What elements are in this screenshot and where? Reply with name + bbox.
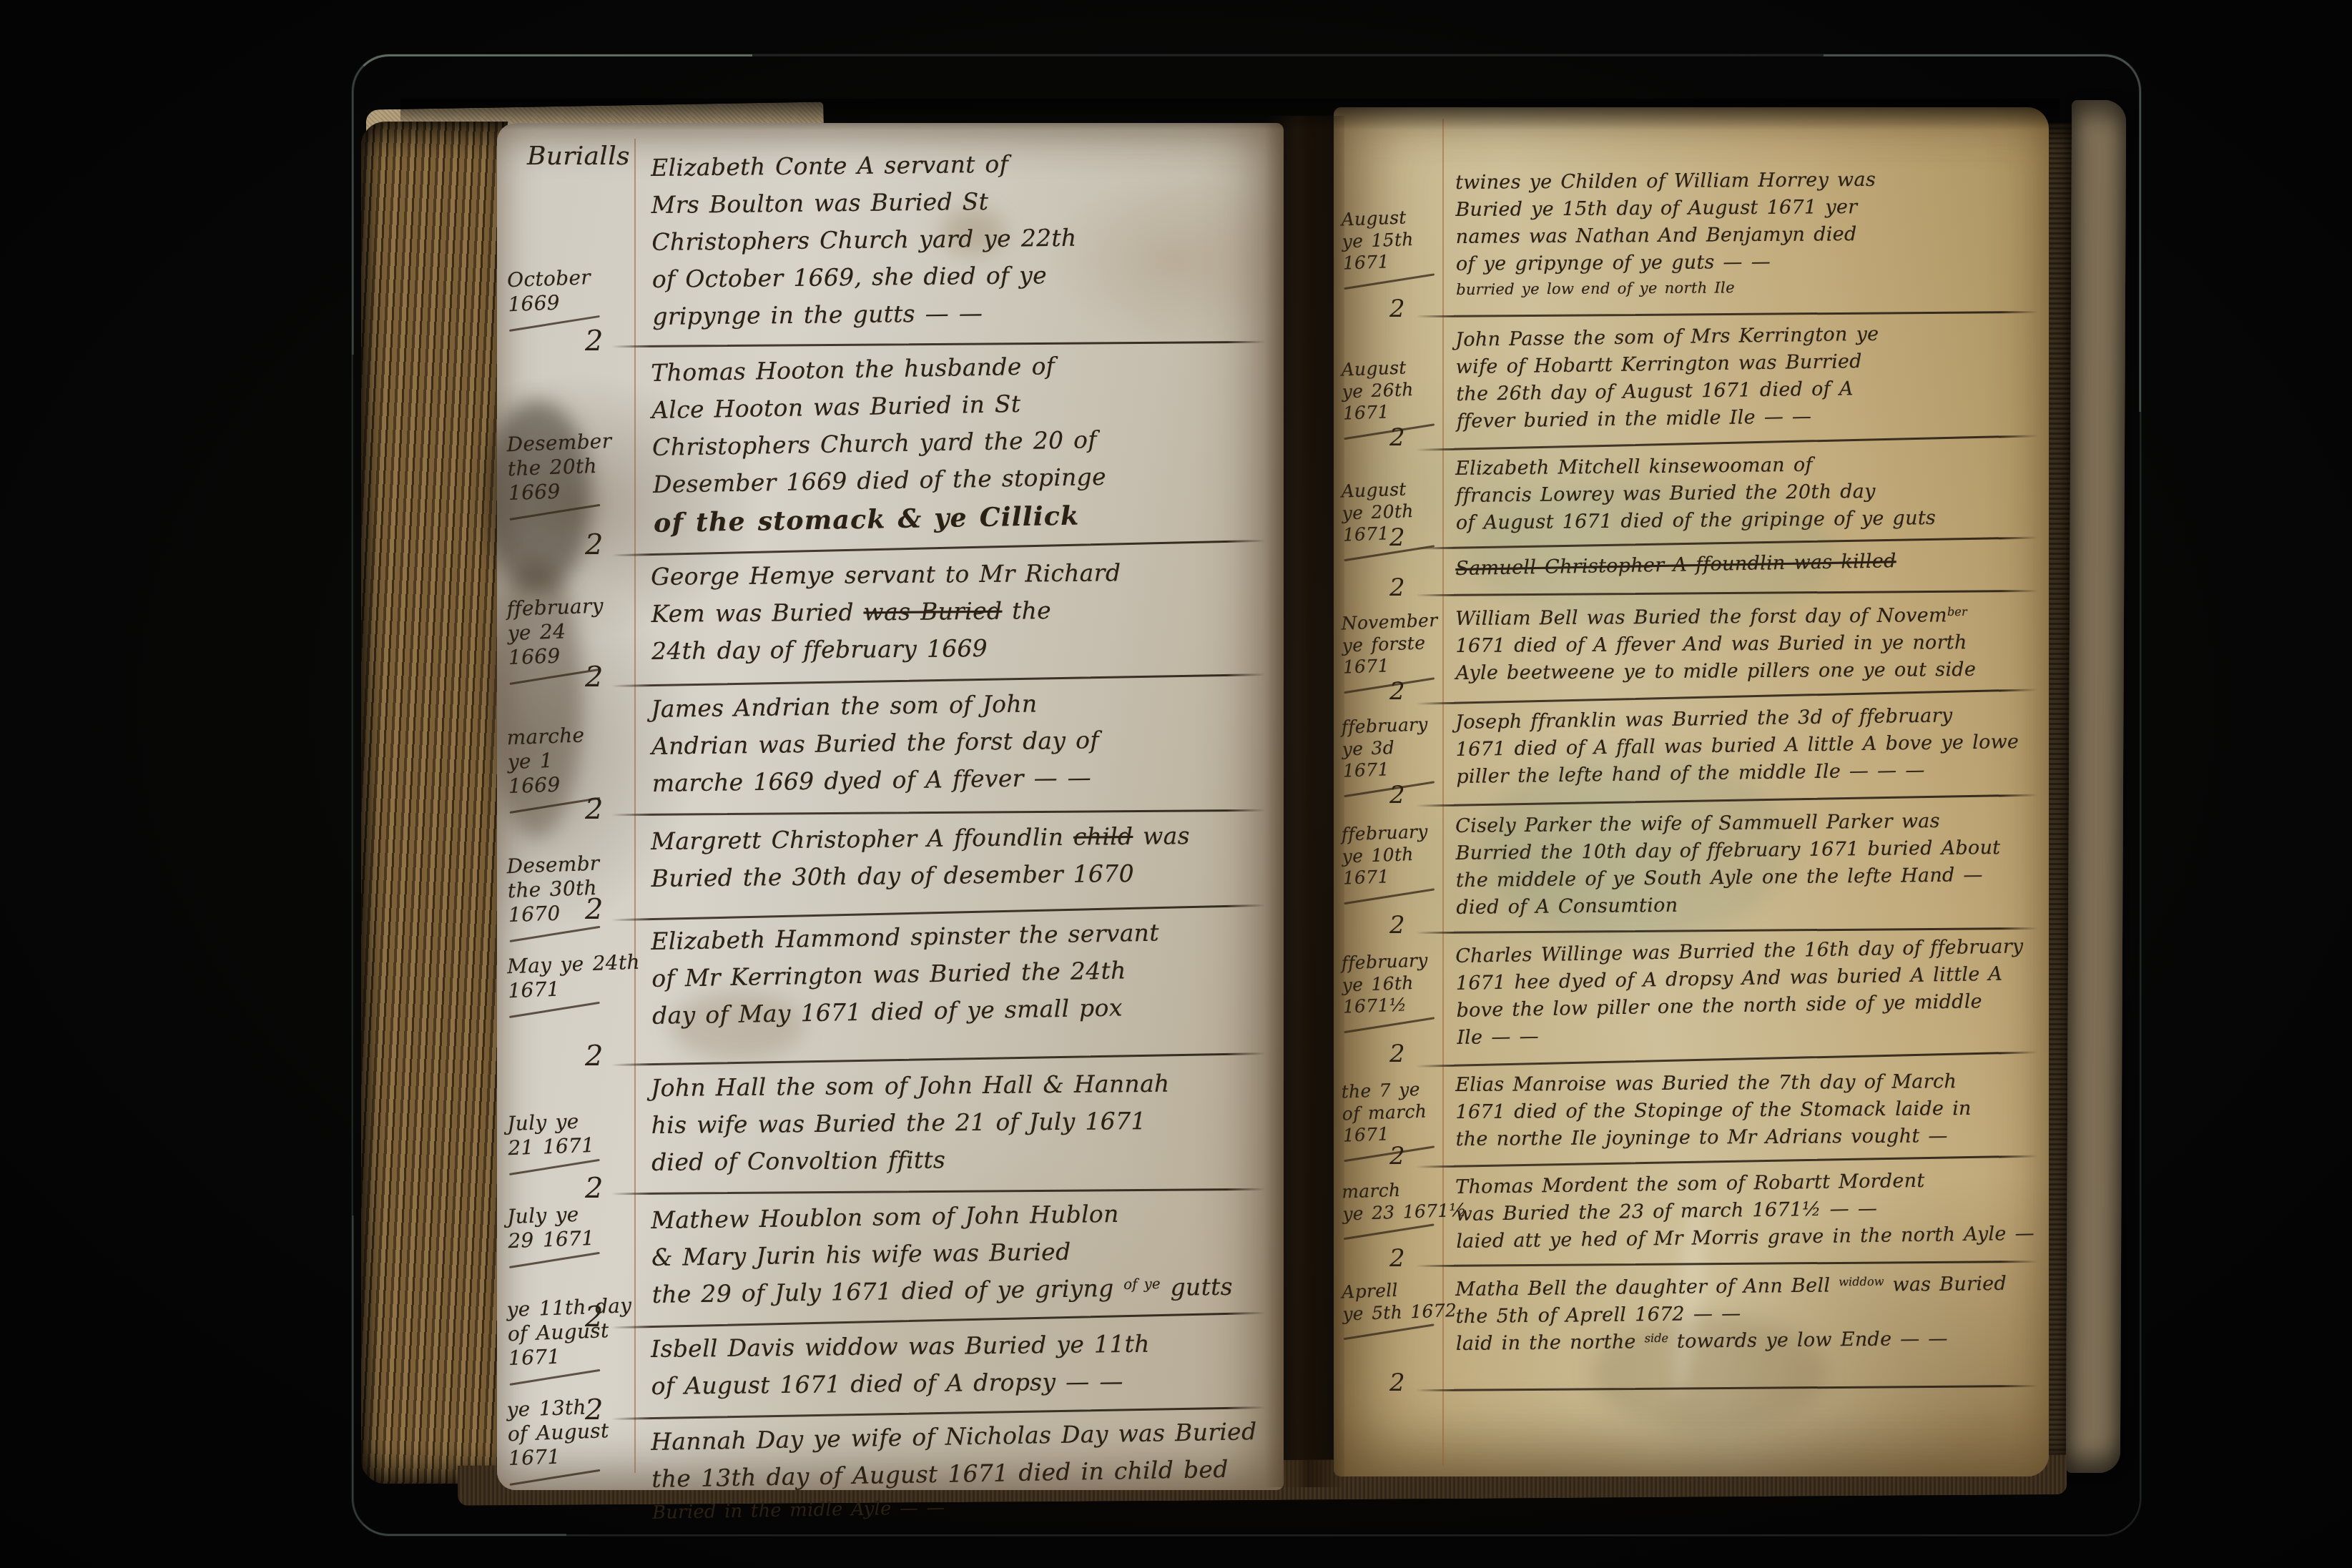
entry-text: William Bell was Buried the forst day of…: [1455, 604, 1947, 630]
register-entry: Samuell Christopher A ffoundlin was kill…: [1455, 548, 2028, 585]
entry-text: burried ye low end of ye north Ile: [1456, 278, 1735, 298]
paragraph-mark: 2: [585, 1172, 603, 1205]
interline-text: side: [1644, 1331, 1668, 1345]
entry-text: the 5th of Aprell 1672 — —: [1455, 1303, 1741, 1328]
entry-line: John Hall the som of John Hall & Hannah: [651, 1069, 1255, 1111]
margin-date-line: march: [1342, 1178, 1446, 1203]
entry-divider-line: [1416, 1385, 2038, 1391]
margin-date-line: 1671: [1342, 864, 1447, 889]
register-entry: Joseph ffranklin was Burried the 3d of f…: [1455, 704, 2029, 793]
entry-text: Hannah Day ye wife of Nicholas Day was B…: [651, 1417, 1257, 1456]
entry-text: Margrett Christopher A ffoundlin: [651, 823, 1073, 855]
margin-underline: [510, 1469, 601, 1486]
margin-date: Augustye 26th1671: [1341, 356, 1447, 434]
entry-text: twines ye Childen of William Horrey was: [1455, 169, 1876, 194]
entry-divider-line: [1416, 1155, 2038, 1168]
entry-text: James Andrian the som of John: [651, 689, 1038, 723]
interline-text: of ye: [1123, 1276, 1161, 1293]
margin-underline: [1344, 273, 1435, 290]
entry-line: Samuell Christopher A ffoundlin was kill…: [1455, 548, 2028, 585]
margin-date: Augustye 15th1671: [1341, 206, 1447, 284]
entry-text: wife of Hobartt Kerrington was Burried: [1456, 350, 1863, 378]
entry-text: Cisely Parker the wife of Sammuell Parke…: [1455, 810, 1940, 837]
entry-line: 1671 died of A ffever And was Buried in …: [1455, 631, 2027, 662]
margin-date: July ye29 1671: [507, 1200, 638, 1263]
struck-text: was Buried: [863, 597, 1002, 626]
margin-date-line: 1671: [1342, 399, 1447, 425]
margin-date: Desembrthe 30th1670: [506, 850, 638, 937]
margin-date-line: ye 10th: [1342, 842, 1446, 868]
margin-date: ffebruaryye 3d1671: [1341, 714, 1447, 792]
margin-underline: [510, 504, 601, 521]
entry-divider-line: [1416, 794, 2038, 807]
margin-underline: [510, 1369, 601, 1386]
margin-underline: [1344, 1017, 1435, 1033]
margin-date-line: ye 15th: [1342, 227, 1446, 253]
margin-date-line: ye 23 1671½: [1342, 1200, 1447, 1226]
entry-line: 24th day of ffebruary 1669: [651, 632, 1256, 674]
entry-text: 24th day of ffebruary 1669: [651, 634, 988, 665]
margin-date-line: 1671: [1342, 756, 1447, 782]
entry-text: his wife was Buried the 21 of July 1671: [651, 1107, 1146, 1139]
margin-underline: [1344, 888, 1435, 904]
paragraph-mark: 2: [1389, 523, 1405, 552]
margin-date-line: 1671: [508, 1342, 637, 1371]
entry-text: Elias Manroise was Buried the 7th day of…: [1455, 1070, 1957, 1096]
entry-line: marche 1669 dyed of A ffever — —: [651, 761, 1256, 807]
register-entry: Mathew Houblon som of John Hublon& Mary …: [651, 1198, 1256, 1318]
margin-date-line: Aprell: [1342, 1278, 1446, 1303]
margin-date: Aprellye 5th 1672: [1342, 1278, 1447, 1334]
margin-date: marcheye 11669: [506, 721, 638, 809]
entry-text: Elizabeth Mitchell kinsewooman of: [1455, 454, 1813, 480]
entry-text: gutts: [1160, 1273, 1233, 1301]
entry-text: Buried the 30th day of desember 1670: [651, 859, 1134, 892]
entry-text: 1671 died of A ffever And was Buried in …: [1455, 631, 1967, 657]
entry-text: Matha Bell the daughter of Ann Bell: [1455, 1274, 1839, 1301]
register-entry: William Bell was Buried the forst day of…: [1455, 603, 2028, 689]
register-entry: Hannah Day ye wife of Nicholas Day was B…: [651, 1417, 1256, 1529]
entry-text: Burried the 10th day of ffebruary 1671 b…: [1455, 837, 2000, 864]
margin-date-line: ye 5th 1672: [1342, 1300, 1447, 1326]
entry-text: Mrs Boulton was Buried St: [651, 187, 989, 219]
margin-date-line: 1669: [508, 288, 637, 317]
entry-divider-line: [611, 341, 1266, 347]
margin-date-line: 21 1671: [508, 1132, 637, 1160]
margin-date: October1669: [507, 264, 638, 327]
paragraph-mark: 2: [1389, 1040, 1405, 1068]
entry-text: John Hall the som of John Hall & Hannah: [651, 1070, 1170, 1102]
entry-line: gripynge in the gutts — —: [652, 296, 1256, 340]
entry-line: Mrs Boulton was Buried St: [651, 184, 1256, 228]
entry-text: the: [1002, 596, 1051, 625]
entry-line: twines ye Childen of William Horrey was: [1455, 167, 2027, 199]
entry-text: Elizabeth Conte A servant of: [651, 150, 1008, 182]
margin-date-line: ye 20th: [1342, 499, 1446, 525]
entry-line: died of Convoltion ffitts: [651, 1143, 1256, 1185]
margin-date-line: 1669: [508, 641, 637, 670]
entry-line: Ayle beetweene ye to midle pillers one y…: [1456, 658, 2028, 689]
entry-text: of August 1671 died of the gripinge of y…: [1456, 507, 1936, 534]
entry-line: of ye gripynge of ye guts — —: [1456, 249, 2028, 280]
register-entry: James Andrian the som of JohnAndrian was…: [651, 686, 1256, 807]
margin-rule-line: [634, 139, 636, 1473]
entry-text: ffever buried in the midle Ile — —: [1457, 405, 1812, 433]
left-page: Burialls Elizabeth Conte A servant ofMrs…: [497, 123, 1284, 1490]
page-heading: Burialls: [527, 142, 630, 171]
margin-rule-line: [1442, 119, 1444, 1466]
entry-line: the northe Ile joyninge to Mr Adrians vo…: [1456, 1124, 2028, 1155]
entry-divider-line: [1416, 590, 2038, 596]
margin-date-line: 1671: [508, 975, 637, 1003]
paragraph-mark: 2: [585, 893, 603, 926]
entry-divider-line: [611, 674, 1266, 687]
entry-text: of the stomack & ye Cillick: [654, 501, 1080, 538]
margin-date: ffebruaryye 10th1671: [1341, 821, 1447, 899]
entry-text: Kem was Buried: [651, 598, 863, 628]
margin-date-line: 1669: [508, 477, 637, 506]
entry-text: towards ye low Ende — —: [1668, 1328, 1948, 1353]
margin-date-line: ffebruary: [1341, 714, 1445, 739]
paragraph-mark: 2: [1389, 677, 1405, 706]
interline-text: ber: [1947, 605, 1967, 618]
register-entry: Elizabeth Mitchell kinsewooman offfranci…: [1455, 452, 2028, 539]
entry-text: gripynge in the gutts — —: [652, 299, 983, 330]
register-entry: Thomas Hooton the husbande ofAlce Hooton…: [651, 348, 1258, 545]
entry-divider-line: [1416, 311, 2038, 317]
entry-line: names was Nathan And Benjamyn died: [1456, 222, 2028, 253]
margin-date-line: 1671½: [1342, 992, 1447, 1018]
entry-text: Isbell Davis widdow was Buried ye 11th: [651, 1330, 1150, 1363]
entry-divider-line: [1416, 1051, 2038, 1067]
register-entry: Elias Manroise was Buried the 7th day of…: [1455, 1070, 2028, 1155]
margin-date: Novemberye forste1671: [1341, 610, 1447, 688]
register-entry: Matha Bell the daughter of Ann Bell widd…: [1455, 1273, 2028, 1360]
entry-line: George Hemye servant to Mr Richard: [651, 558, 1255, 600]
cover-cloth-right: [2066, 100, 2126, 1473]
struck-text: child: [1073, 822, 1133, 851]
margin-underline: [510, 926, 601, 942]
entry-line: Kem was Buried was Buried the: [651, 595, 1255, 637]
register-entry: Charles Willinge was Burried the 16th da…: [1455, 935, 2029, 1054]
entry-text: Elizabeth Hammond spinster the servant: [651, 919, 1159, 955]
entry-text: Buried ye 15th day of August 1671 yer: [1455, 196, 1857, 221]
entry-text: Buried in the midle Ayle — —: [652, 1497, 945, 1524]
entry-line: Elias Manroise was Buried the 7th day of…: [1455, 1070, 2027, 1101]
margin-date-line: August: [1341, 478, 1445, 503]
entry-line: William Bell was Buried the forst day of…: [1455, 603, 2027, 635]
entry-line: of August 1671 died of A dropsy — —: [651, 1366, 1256, 1409]
entry-text: Thomas Mordent the som of Robartt Morden…: [1455, 1170, 1925, 1198]
margin-date: Desemberthe 20th1669: [506, 428, 638, 516]
register-entry: twines ye Childen of William Horrey wasB…: [1455, 167, 2028, 300]
entry-text: of ye gripynge of ye guts — —: [1456, 251, 1771, 275]
register-entry: Elizabeth Conte A servant ofMrs Boulton …: [651, 147, 1257, 340]
margin-date-line: ye 11th day: [506, 1293, 636, 1322]
register-entry: Elizabeth Hammond spinster the servantof…: [651, 917, 1257, 1039]
entry-line: Christophers Church yard ye 22th: [651, 222, 1256, 265]
margin-underline: [509, 1252, 600, 1268]
page-stack-edges: [361, 122, 508, 1484]
entry-text: the middele of ye South Ayle one the lef…: [1456, 864, 1983, 892]
entry-line: the 29 of July 1671 died of ye griyng of…: [651, 1272, 1256, 1318]
paragraph-mark: 2: [585, 528, 603, 561]
margin-date: ye 13thof August1671: [506, 1394, 638, 1481]
entry-text: the 29 of July 1671 died of ye griyng: [651, 1274, 1123, 1308]
entry-line: laid in the northe side towards ye low E…: [1456, 1327, 2028, 1360]
register-entry: John Hall the som of John Hall & Hannahh…: [651, 1069, 1256, 1185]
entry-text: Charles Willinge was Burried the 16th da…: [1455, 935, 2024, 967]
entry-text: 1671 died of the Stopinge of the Stomack…: [1455, 1098, 1972, 1123]
entry-text: was Buried: [1884, 1273, 2007, 1296]
entry-text: Andrian was Buried the forst day of: [651, 726, 1099, 760]
paragraph-mark: 2: [1389, 573, 1405, 602]
entry-divider-line: [1416, 1261, 2038, 1267]
margin-date-line: ye 16th: [1342, 971, 1446, 997]
entry-line: his wife was Buried the 21 of July 1671: [651, 1106, 1255, 1148]
margin-date-line: 29 1671: [508, 1225, 637, 1253]
entry-text: was: [1133, 822, 1190, 850]
entry-divider-line: [1416, 689, 2038, 705]
margin-date: ffebruaryye 16th1671½: [1341, 950, 1447, 1027]
entry-text: of October 1669, she died of ye: [652, 261, 1048, 293]
register-entry: Isbell Davis widdow was Buried ye 11thof…: [651, 1328, 1256, 1409]
margin-date: July ye21 1671: [507, 1108, 638, 1170]
register-entry: John Passe the som of Mrs Kerrington yew…: [1455, 321, 2029, 438]
margin-date-line: of march: [1342, 1100, 1446, 1125]
entry-line: 1671 died of the Stopinge of the Stomack…: [1455, 1097, 2027, 1128]
margin-date-line: 1669: [508, 770, 637, 799]
margin-date-line: 1670: [508, 899, 637, 927]
entry-line: Buried the 30th day of desember 1670: [651, 858, 1256, 902]
entry-text: Joseph ffranklin was Burried the 3d of f…: [1455, 704, 1953, 734]
margin-date: ye 11th dayof August1671: [506, 1293, 638, 1381]
entry-line: died of A Consumtion: [1456, 891, 2028, 924]
entry-text: John Passe the som of Mrs Kerrington ye: [1455, 323, 1879, 351]
margin-date-line: ffebruary: [1341, 950, 1445, 975]
entry-divider-line: [611, 1052, 1266, 1066]
margin-date-line: 1671: [1342, 249, 1447, 275]
paragraph-mark: 2: [1389, 423, 1405, 452]
entry-text: Alce Hooton was Buried in St: [651, 390, 1021, 424]
entry-text: ffrancis Lowrey was Buried the 20th day: [1455, 480, 1875, 507]
entry-text: Christophers Church yard ye 22th: [651, 224, 1077, 256]
entry-line: Isbell Davis widdow was Buried ye 11th: [651, 1328, 1255, 1372]
register-entry: Thomas Mordent the som of Robartt Morden…: [1455, 1168, 2029, 1258]
paragraph-mark: 2: [1389, 911, 1405, 940]
entry-text: the northe Ile joyninge to Mr Adrians vo…: [1456, 1125, 1948, 1150]
paragraph-mark: 2: [585, 793, 603, 826]
entry-line: Elizabeth Conte A servant of: [651, 147, 1255, 191]
margin-date: marchye 23 1671½: [1342, 1178, 1447, 1234]
paragraph-mark: 2: [585, 661, 603, 694]
entry-text: died of Convoltion ffitts: [651, 1145, 946, 1176]
margin-underline: [509, 1002, 600, 1018]
margin-underline: [1344, 1323, 1435, 1340]
margin-date-line: November: [1341, 610, 1445, 636]
entry-text: Thomas Hooton the husbande of: [651, 352, 1055, 387]
margin-date-line: August: [1341, 206, 1445, 232]
register-entry: George Hemye servant to Mr RichardKem wa…: [651, 558, 1256, 674]
margin-date-line: the 7 ye: [1341, 1078, 1445, 1104]
paragraph-mark: 2: [1389, 781, 1405, 809]
paragraph-mark: 2: [1389, 1369, 1405, 1397]
paragraph-mark: 2: [585, 325, 603, 358]
entry-line: Margrett Christopher A ffoundlin child w…: [651, 821, 1255, 864]
entry-text: died of A Consumtion: [1456, 894, 1678, 919]
interline-text: widdow: [1839, 1275, 1884, 1289]
margin-date-line: ffebruary: [1341, 821, 1445, 847]
struck-text: Samuell Christopher A ffoundlin was kill…: [1455, 550, 1896, 580]
right-page: twines ye Childen of William Horrey wasB…: [1334, 107, 2049, 1476]
margin-underline: [1344, 1223, 1435, 1240]
margin-date-line: ye 3d: [1342, 735, 1446, 761]
entry-text: of August 1671 died of A dropsy — —: [651, 1367, 1123, 1400]
entry-divider-line: [1416, 435, 2038, 451]
entry-text: George Hemye servant to Mr Richard: [651, 558, 1121, 591]
entry-text: laid in the northe: [1456, 1331, 1645, 1355]
margin-date-line: May ye 24th: [507, 950, 636, 979]
margin-date-line: 1671: [508, 1442, 637, 1471]
paragraph-mark: 2: [1389, 1244, 1405, 1273]
paragraph-mark: 2: [585, 1040, 603, 1073]
entry-divider-line: [1416, 927, 2038, 934]
entry-line: of August 1671 died of the gripinge of y…: [1456, 506, 2028, 539]
entry-divider-line: [611, 809, 1266, 816]
entry-text: the 26th day of August 1671 died of A: [1456, 378, 1854, 405]
paragraph-mark: 2: [1389, 1142, 1405, 1170]
margin-date-line: 1671: [1342, 653, 1447, 679]
margin-date: ffebruaryye 241669: [506, 593, 638, 680]
entry-text: & Mary Jurin his wife was Buried: [651, 1238, 1071, 1271]
manuscript-photo: Burialls Elizabeth Conte A servant ofMrs…: [0, 0, 2352, 1568]
register-entry: Cisely Parker the wife of Sammuell Parke…: [1455, 809, 2029, 924]
entry-text: Ayle beetweene ye to midle pillers one y…: [1456, 659, 1977, 684]
paragraph-mark: 2: [1389, 295, 1405, 323]
margin-date: May ye 24th1671: [507, 950, 638, 1013]
entry-text: marche 1669 dyed of A ffever — —: [651, 763, 1091, 797]
entry-text: Ile — —: [1457, 1025, 1539, 1049]
entry-divider-line: [611, 1188, 1266, 1195]
book-top-shadow: [400, 99, 2060, 130]
entry-line: Buried ye 15th day of August 1671 yer: [1455, 194, 2027, 226]
entry-text: names was Nathan And Benjamyn died: [1456, 223, 1857, 248]
margin-date-line: ye 26th: [1342, 378, 1446, 403]
margin-date-line: ye forste: [1342, 631, 1446, 657]
register-entry: Margrett Christopher A ffoundlin child w…: [651, 821, 1256, 902]
entry-text: Mathew Houblon som of John Hublon: [651, 1200, 1119, 1234]
entry-line: burried ye low end of ye north Ile: [1456, 276, 2028, 300]
entry-line: of October 1669, she died of ye: [652, 259, 1256, 302]
margin-date-line: August: [1341, 356, 1445, 382]
